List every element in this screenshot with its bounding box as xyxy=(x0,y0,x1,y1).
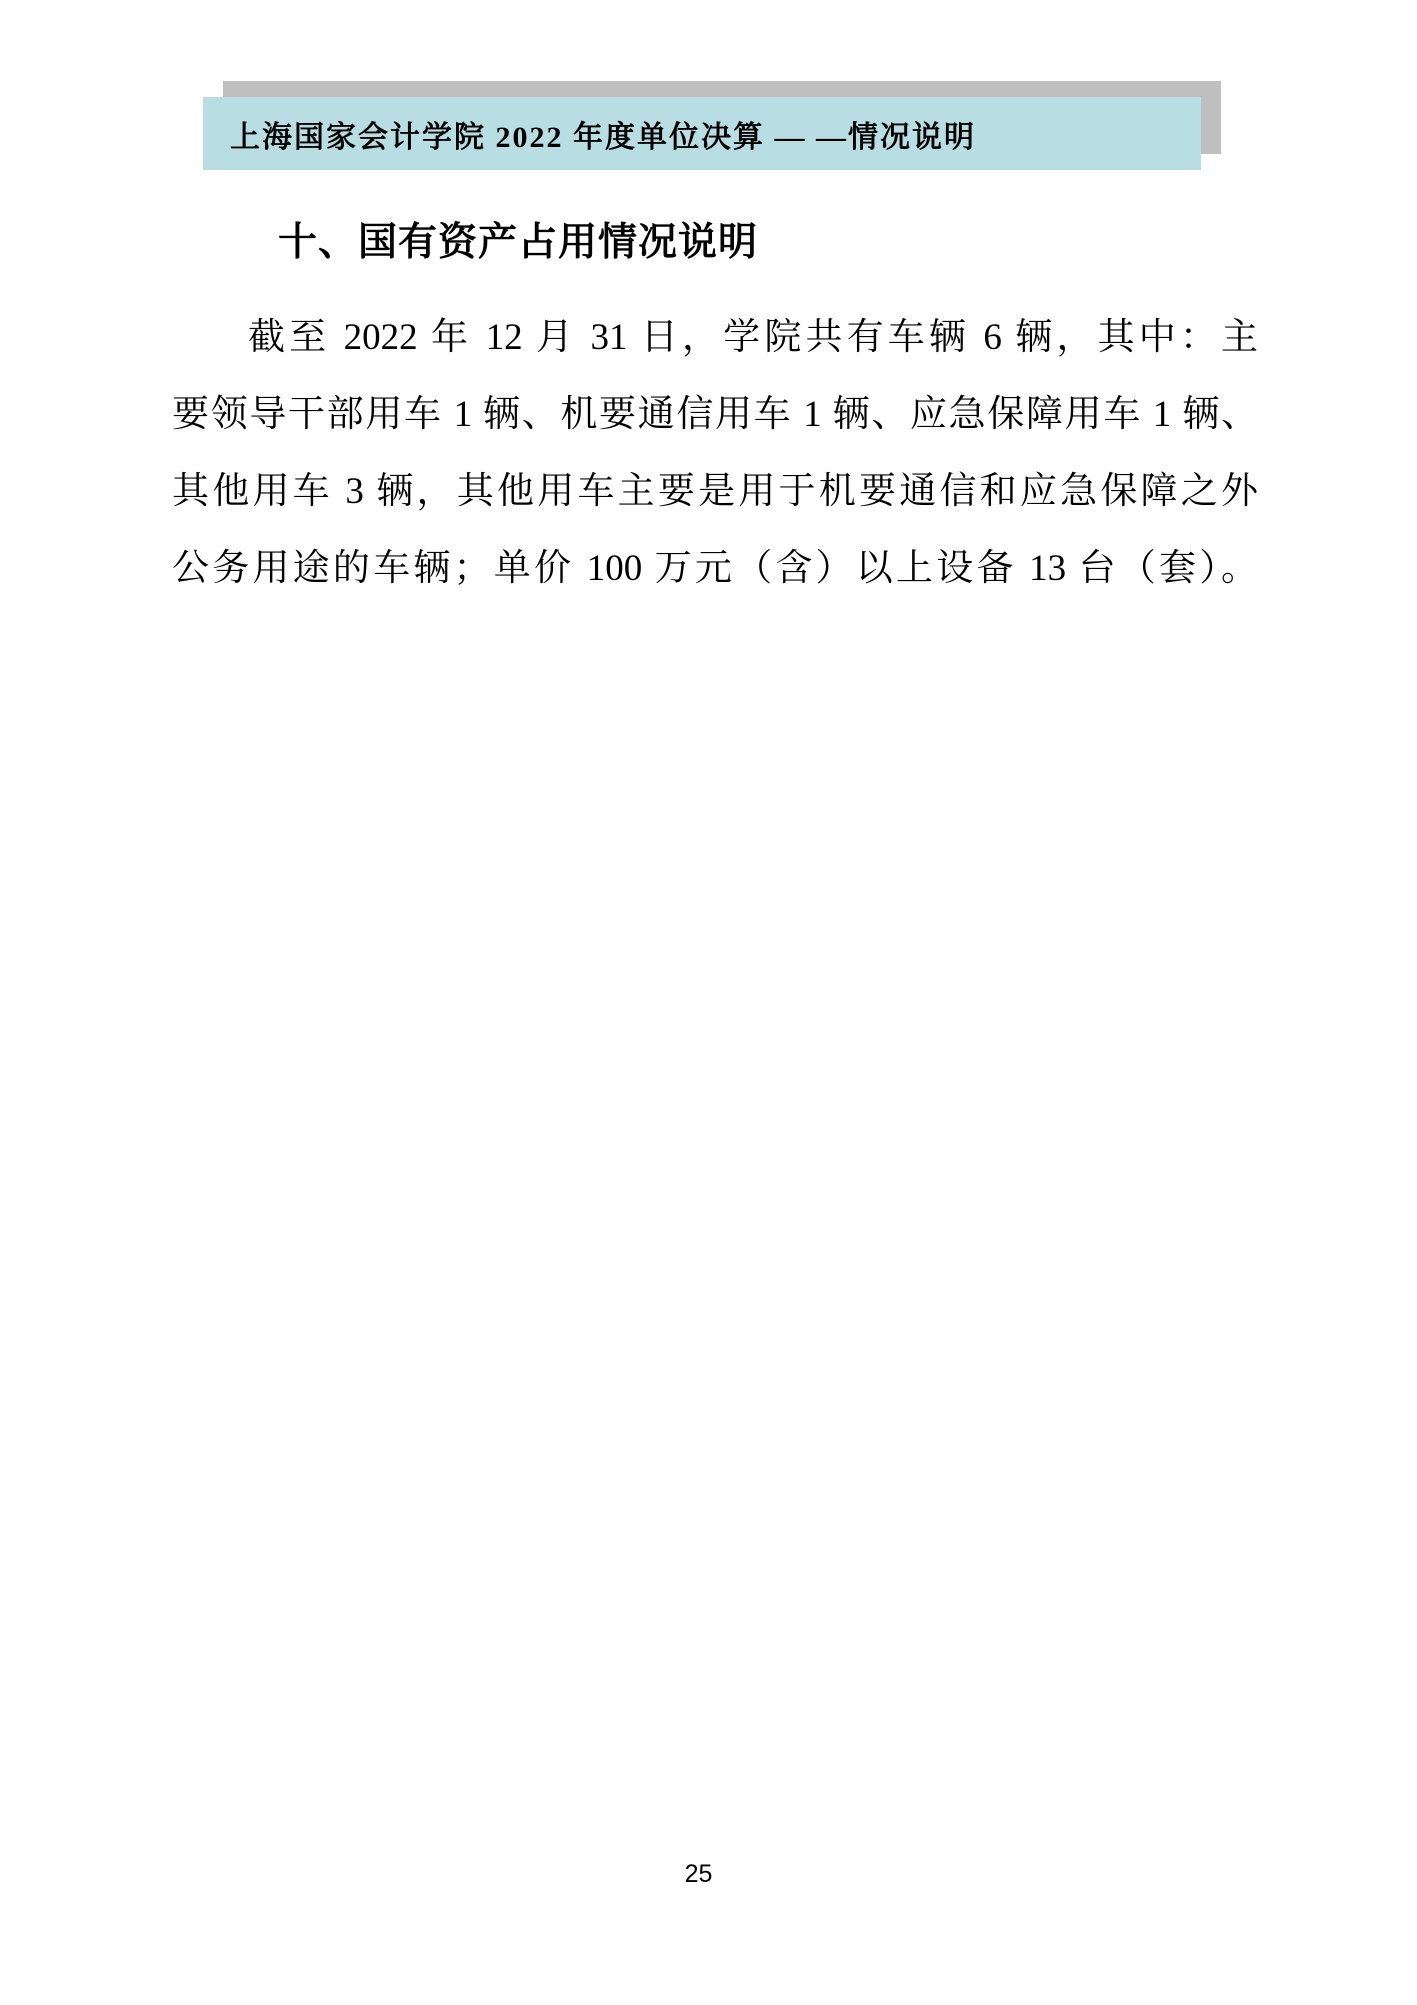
section-title: 十、国有资产占用情况说明 xyxy=(278,220,758,266)
page-number: 25 xyxy=(0,1860,1397,1889)
body-paragraph: 截至 2022 年 12 月 31 日，学院共有车辆 6 辆，其中：主 要领导干… xyxy=(172,299,1258,607)
header-banner: 上海国家会计学院 2022 年度单位决算 — —情况说明 xyxy=(203,97,1201,170)
paragraph-line: 要领导干部用车 1 辆、机要通信用车 1 辆、应急保障用车 1 辆、 xyxy=(172,376,1258,453)
paragraph-line: 公务用途的车辆；单价 100 万元（含）以上设备 13 台（套）。 xyxy=(172,530,1258,607)
document-page: 上海国家会计学院 2022 年度单位决算 — —情况说明 十、国有资产占用情况说… xyxy=(0,0,1417,2005)
paragraph-line: 截至 2022 年 12 月 31 日，学院共有车辆 6 辆，其中：主 xyxy=(172,299,1258,376)
paragraph-line: 其他用车 3 辆，其他用车主要是用于机要通信和应急保障之外 xyxy=(172,453,1258,530)
header-banner-text: 上海国家会计学院 2022 年度单位决算 — —情况说明 xyxy=(230,112,976,156)
